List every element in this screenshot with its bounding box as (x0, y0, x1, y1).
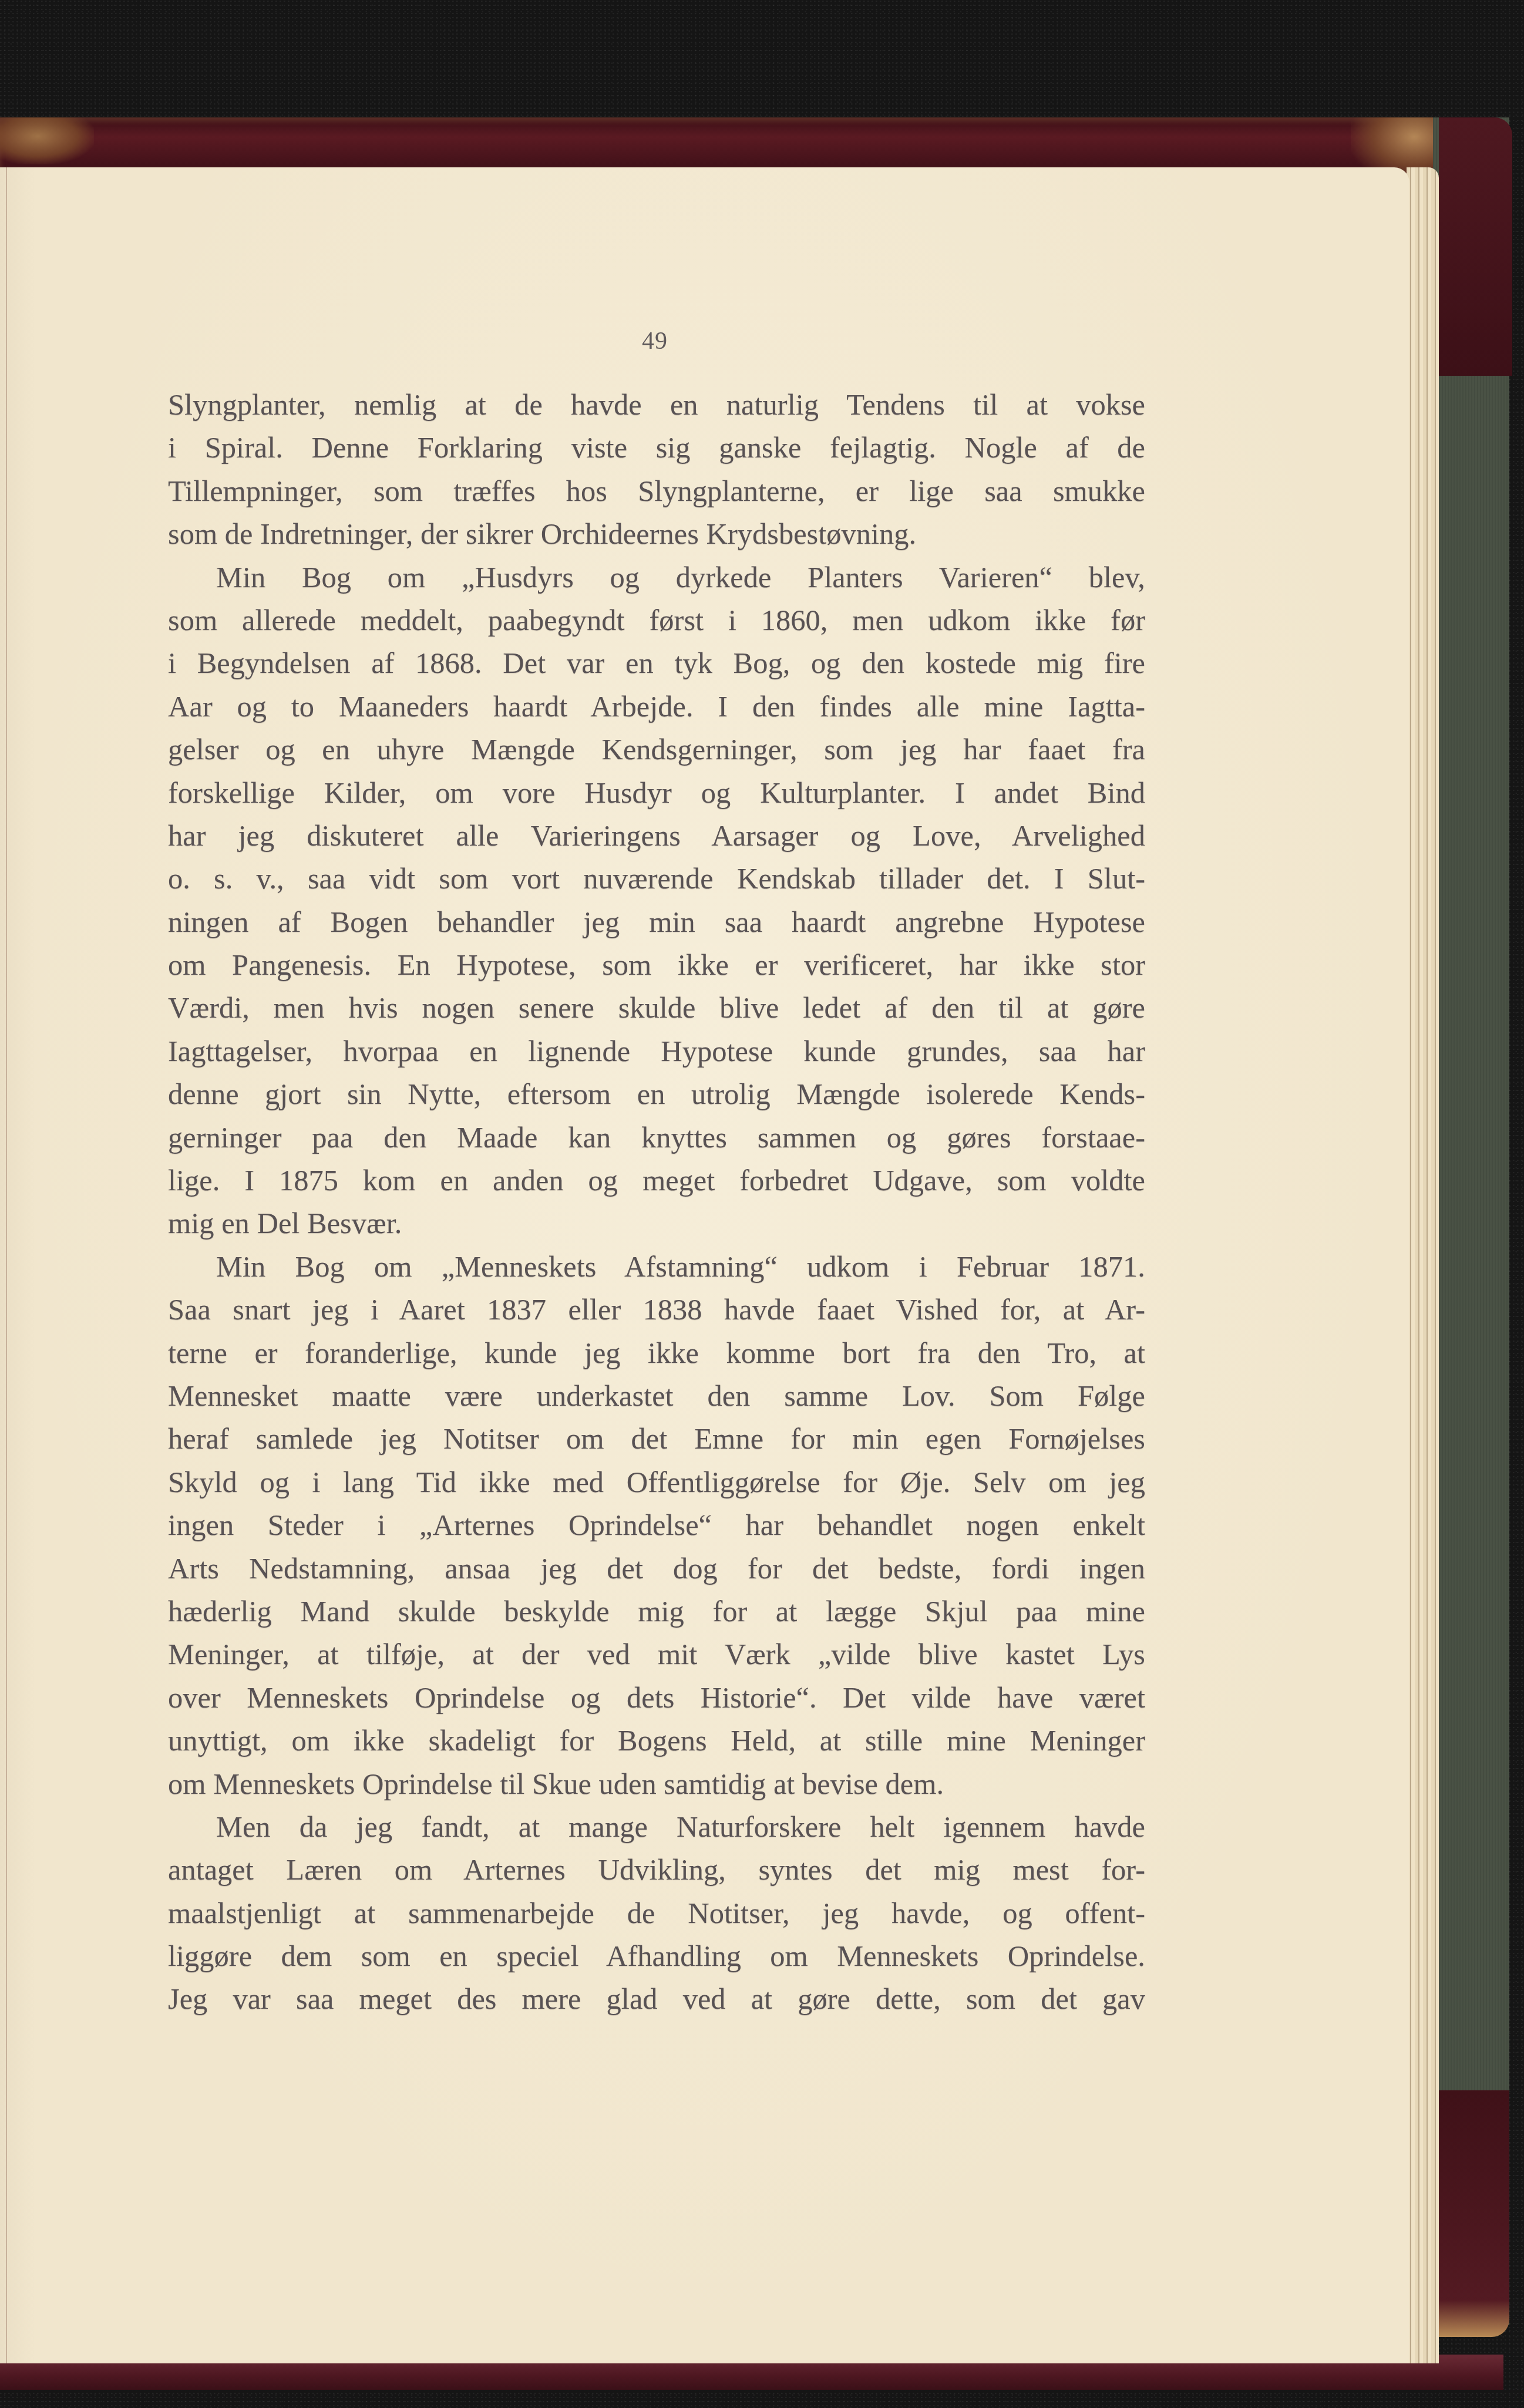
text-line: mig en Del Besvær. (168, 1202, 1145, 1245)
text-line: Men da jeg fandt, at mange Naturforskere… (168, 1806, 1145, 1848)
text-line: Mennesket maatte være underkastet den sa… (168, 1375, 1145, 1417)
text-line: har jeg diskuteret alle Varieringens Aar… (168, 814, 1145, 857)
text-line: som allerede meddelt, paabegyndt først i… (168, 599, 1145, 642)
text-line: Arts Nedstamning, ansaa jeg det dog for … (168, 1547, 1145, 1590)
text-line: Saa snart jeg i Aaret 1837 eller 1838 ha… (168, 1288, 1145, 1331)
body-text: Slyngplanter, nemlig at de havde en natu… (168, 383, 1145, 2021)
text-line: antaget Læren om Arternes Udvikling, syn… (168, 1848, 1145, 1891)
text-line: i Spiral. Denne Forklaring viste sig gan… (168, 426, 1145, 469)
text-line: ningen af Bogen behandler jeg min saa ha… (168, 901, 1145, 944)
text-line: Iagttagelser, hvorpaa en lignende Hypote… (168, 1030, 1145, 1073)
page-block-edges (1407, 167, 1439, 2363)
text-line: lige. I 1875 kom en anden og meget forbe… (168, 1159, 1145, 1202)
text-line: Slyngplanter, nemlig at de havde en natu… (168, 383, 1145, 426)
text-line: terne er foranderlige, kunde jeg ikke ko… (168, 1332, 1145, 1375)
text-line: som de Indretninger, der sikrer Orchidee… (168, 513, 1145, 555)
text-line: ingen Steder i „Arternes Oprindelse“ har… (168, 1504, 1145, 1547)
text-line: liggøre dem som en speciel Afhandling om… (168, 1935, 1145, 1978)
page-number: 49 (0, 327, 1310, 355)
text-line: maalstjenligt at sammenarbejde de Notits… (168, 1892, 1145, 1935)
text-line: Tillempninger, som træffes hos Slyngplan… (168, 470, 1145, 513)
book-cover-top-edge (0, 117, 1456, 173)
text-line: Meninger, at tilføje, at der ved mit Vær… (168, 1633, 1145, 1676)
text-line: hæderlig Mand skulde beskylde mig for at… (168, 1590, 1145, 1633)
text-line: Aar og to Maaneders haardt Arbejde. I de… (168, 685, 1145, 728)
text-line: heraf samlede jeg Notitser om det Emne f… (168, 1417, 1145, 1460)
paragraph: Slyngplanter, nemlig at de havde en natu… (168, 383, 1145, 556)
text-line: om Menneskets Oprindelse til Skue uden s… (168, 1763, 1145, 1806)
paragraph: Men da jeg fandt, at mange Naturforskere… (168, 1806, 1145, 2021)
text-line: Min Bog om „Husdyrs og dyrkede Planters … (168, 556, 1145, 599)
text-line: gerninger paa den Maade kan knyttes samm… (168, 1116, 1145, 1159)
text-line: o. s. v., saa vidt som vort nuværende Ke… (168, 857, 1145, 900)
text-line: unyttigt, om ikke skadeligt for Bogens H… (168, 1719, 1145, 1762)
text-line: om Pangenesis. En Hypotese, som ikke er … (168, 944, 1145, 986)
book-spine-cloth (1433, 117, 1509, 2325)
paragraph: Min Bog om „Menneskets Afstamning“ udkom… (168, 1245, 1145, 1806)
text-line: Jeg var saa meget des mere glad ved at g… (168, 1978, 1145, 2020)
text-line: denne gjort sin Nytte, eftersom en utrol… (168, 1073, 1145, 1116)
text-line: forskellige Kilder, om vore Husdyr og Ku… (168, 772, 1145, 814)
book-cover-corner-top (1439, 117, 1512, 376)
text-line: i Begyndelsen af 1868. Det var en tyk Bo… (168, 642, 1145, 685)
text-line: Min Bog om „Menneskets Afstamning“ udkom… (168, 1245, 1145, 1288)
page-left-edge (6, 167, 7, 2363)
paragraph: Min Bog om „Husdyrs og dyrkede Planters … (168, 556, 1145, 1245)
book-page: 49 Slyngplanter, nemlig at de havde en n… (0, 167, 1409, 2363)
text-line: Værdi, men hvis nogen senere skulde bliv… (168, 986, 1145, 1029)
text-line: Skyld og i lang Tid ikke med Offentliggø… (168, 1461, 1145, 1504)
text-line: over Menneskets Oprindelse og dets Histo… (168, 1676, 1145, 1719)
text-line: gelser og en uhyre Mængde Kendsgerninger… (168, 728, 1145, 771)
